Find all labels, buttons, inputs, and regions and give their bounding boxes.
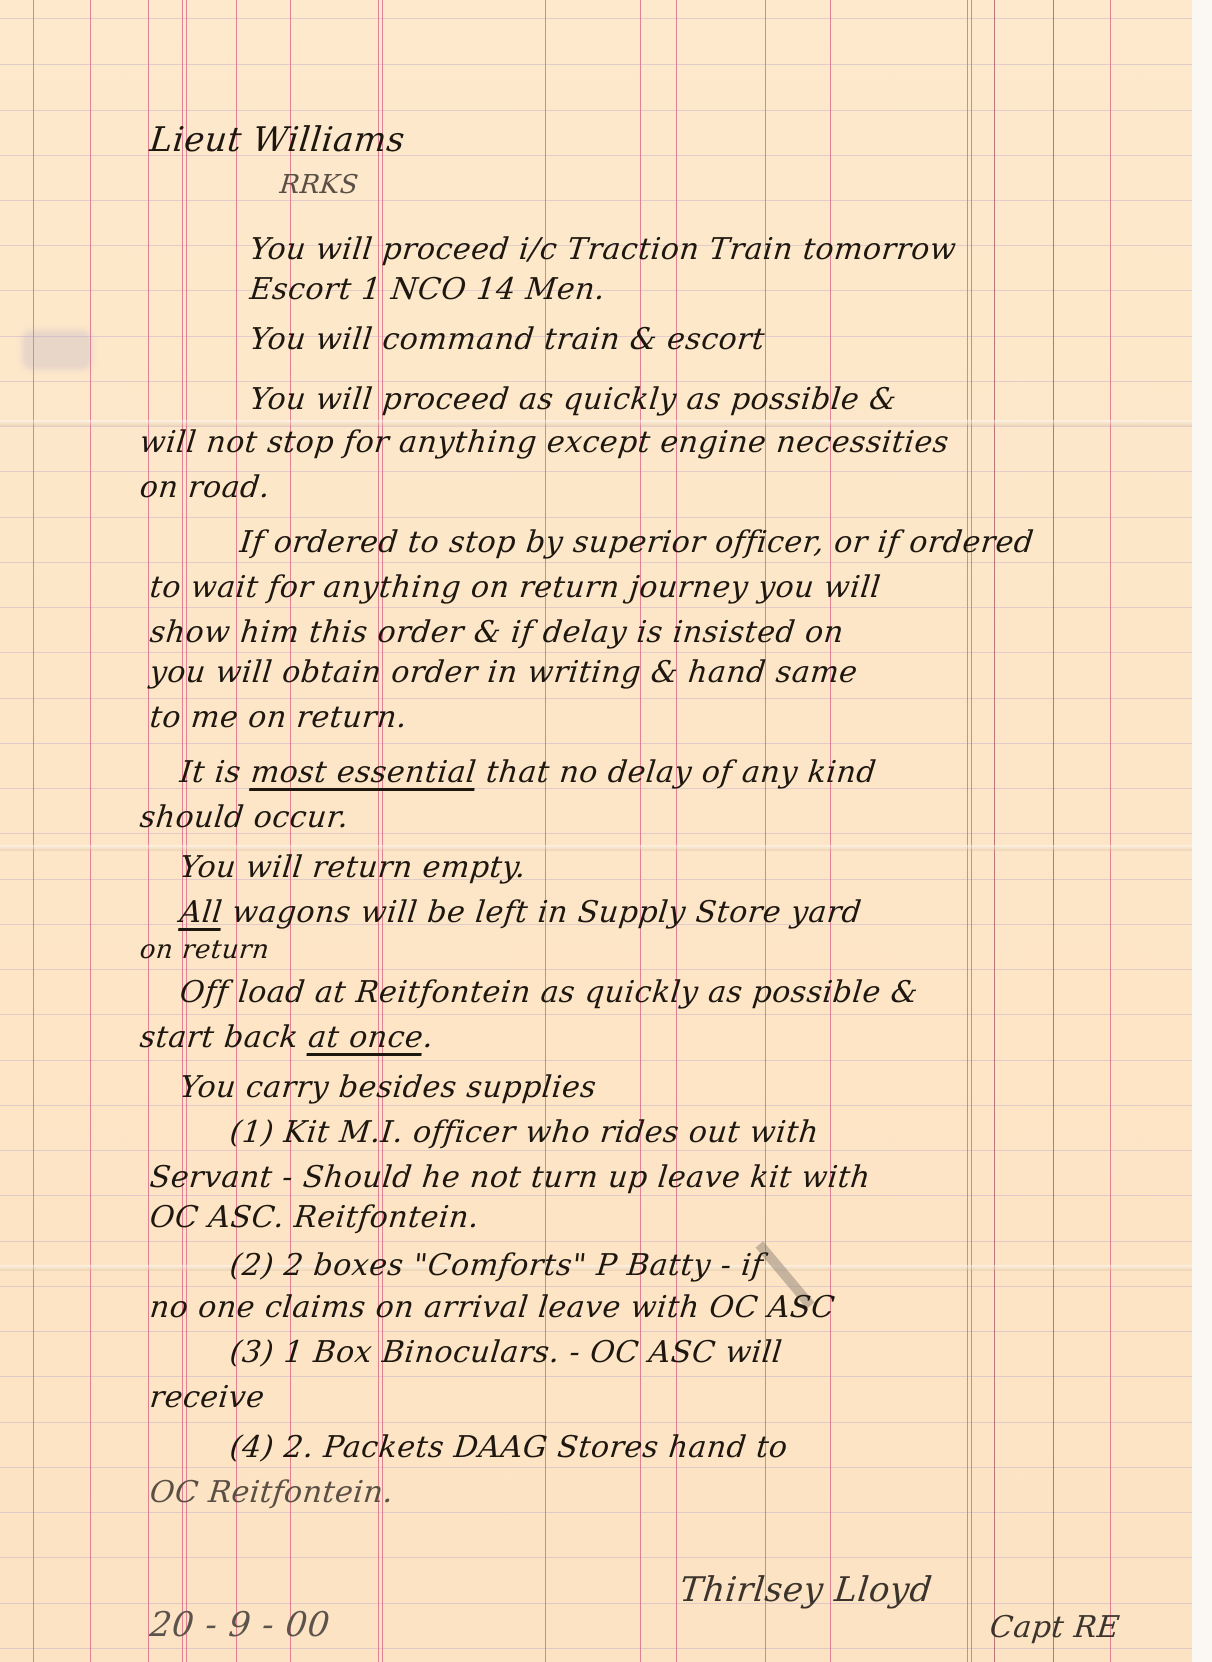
order-line: to wait for anything on return journey y… [148, 570, 882, 605]
underlined-text: at once [307, 1020, 426, 1055]
vertical-rule [90, 0, 91, 1662]
vertical-rule [1053, 0, 1054, 1662]
horizontal-rule [0, 1014, 1192, 1015]
horizontal-rule [0, 1603, 1192, 1604]
order-line: should occur. [138, 800, 350, 835]
order-line: receive [148, 1380, 266, 1415]
vertical-rule [971, 0, 972, 1662]
order-line: to me on return. [148, 700, 409, 735]
underlined-text: most essential [249, 755, 478, 790]
horizontal-rule [0, 698, 1192, 699]
order-line: on return [138, 935, 271, 965]
horizontal-rule [0, 1648, 1192, 1649]
horizontal-rule [0, 1060, 1192, 1061]
signature-name: Thirlsey Lloyd [678, 1570, 934, 1610]
horizontal-rule [0, 1195, 1192, 1196]
list-item-2: (2) 2 boxes "Comforts" P Batty - if [228, 1248, 765, 1283]
vertical-rule [33, 0, 34, 1662]
horizontal-rule [0, 607, 1192, 608]
horizontal-rule [0, 200, 1192, 201]
addressee-unit: RRKS [278, 170, 360, 200]
text-suffix: wagons will be left in Supply Store yard [221, 895, 864, 930]
order-line: will not stop for anything except engine… [138, 425, 950, 460]
page-edge [1192, 0, 1212, 1662]
addressee-name: Lieut Williams [148, 120, 407, 160]
horizontal-rule [0, 1467, 1192, 1468]
list-item-1: (1) Kit M.I. officer who rides out with [228, 1115, 820, 1150]
vertical-rule [994, 0, 995, 1662]
order-line: OC Reitfontein. [148, 1475, 395, 1510]
horizontal-rule [0, 1376, 1192, 1377]
underlined-text: All [178, 895, 224, 930]
horizontal-rule [0, 110, 1192, 111]
order-line: You will proceed as quickly as possible … [248, 382, 898, 417]
horizontal-rule [0, 1512, 1192, 1513]
list-item-3: (3) 1 Box Binoculars. - OC ASC will [228, 1335, 784, 1370]
document-date: 20 - 9 - 00 [148, 1605, 332, 1645]
horizontal-rule [0, 18, 1192, 19]
order-line: Off load at Reitfontein as quickly as po… [178, 975, 920, 1010]
order-line: OC ASC. Reitfontein. [148, 1200, 481, 1235]
horizontal-rule [0, 1241, 1192, 1242]
text-suffix: that no delay of any kind [474, 755, 878, 790]
text-prefix: start back [138, 1020, 310, 1055]
vertical-rule [967, 0, 968, 1662]
order-line: You will proceed i/c Traction Train tomo… [248, 232, 958, 267]
horizontal-rule [0, 969, 1192, 970]
signature-rank: Capt RE [988, 1610, 1121, 1645]
text-suffix: . [421, 1020, 435, 1055]
horizontal-rule [0, 1331, 1192, 1332]
vertical-rule [1110, 0, 1111, 1662]
horizontal-rule [0, 652, 1192, 653]
horizontal-rule [0, 1557, 1192, 1558]
paper-fold [0, 845, 1192, 851]
order-line-emphasis: All wagons will be left in Supply Store … [178, 895, 863, 930]
list-item-4: (4) 2. Packets DAAG Stores hand to [228, 1430, 789, 1465]
order-line: show him this order & if delay is insist… [148, 615, 845, 650]
ledger-page: Lieut Williams RRKS You will proceed i/c… [0, 0, 1192, 1662]
order-line-emphasis: start back at once. [138, 1020, 435, 1055]
ink-smudge [22, 330, 92, 370]
order-line: no one claims on arrival leave with OC A… [148, 1290, 836, 1325]
horizontal-rule [0, 64, 1192, 65]
text-prefix: It is [178, 755, 253, 790]
horizontal-rule [0, 562, 1192, 563]
order-line: If ordered to stop by superior officer, … [238, 525, 1035, 560]
order-line: you will obtain order in writing & hand … [148, 655, 859, 690]
horizontal-rule [0, 1422, 1192, 1423]
horizontal-rule [0, 1105, 1192, 1106]
order-line-emphasis: It is most essential that no delay of an… [178, 755, 878, 790]
horizontal-rule [0, 743, 1192, 744]
order-line: Escort 1 NCO 14 Men. [248, 272, 607, 307]
order-line: You carry besides supplies [178, 1070, 598, 1105]
order-line: You will return empty. [178, 850, 527, 885]
horizontal-rule [0, 1150, 1192, 1151]
horizontal-rule [0, 517, 1192, 518]
order-line: You will command train & escort [248, 322, 766, 357]
order-line: Servant - Should he not turn up leave ki… [148, 1160, 872, 1195]
order-line: on road. [138, 470, 272, 505]
horizontal-rule [0, 1286, 1192, 1287]
